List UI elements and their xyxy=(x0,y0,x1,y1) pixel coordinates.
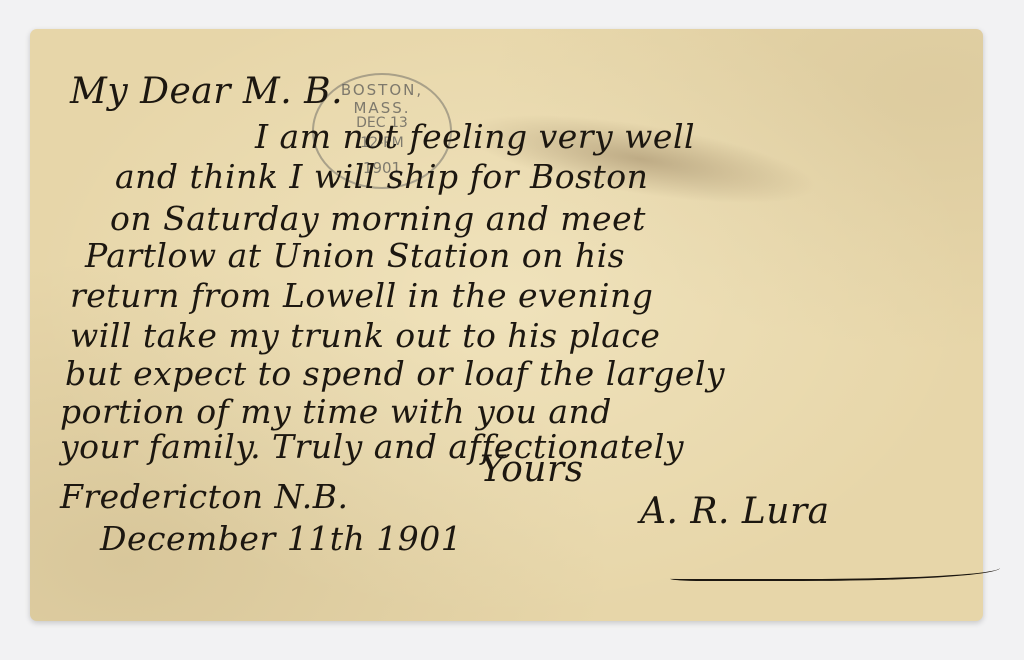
signature: A. R. Lura xyxy=(640,491,830,532)
body-line-7: but expect to spend or loaf the largely xyxy=(65,354,725,393)
body-line-1: I am not feeling very well xyxy=(255,117,695,156)
body-line-2: and think I will ship for Boston xyxy=(115,157,648,196)
body-line-3: on Saturday morning and meet xyxy=(110,199,646,238)
body-line-4: Partlow at Union Station on his xyxy=(85,236,625,275)
body-line-8: portion of my time with you and xyxy=(60,392,612,431)
postcard: BOSTON, MASS. DEC 13 12-PM 1901 My Dear … xyxy=(30,29,983,621)
body-line-6: will take my trunk out to his place xyxy=(70,316,660,355)
body-line-5: return from Lowell in the evening xyxy=(70,276,653,315)
letter-date: December 11th 1901 xyxy=(100,519,462,558)
place: Fredericton N.B. xyxy=(60,477,349,516)
salutation: My Dear M. B. xyxy=(70,71,343,112)
body-line-9: your family. Truly and affectionately xyxy=(60,427,684,466)
signature-flourish xyxy=(670,559,1000,581)
closing: Yours xyxy=(480,449,584,490)
